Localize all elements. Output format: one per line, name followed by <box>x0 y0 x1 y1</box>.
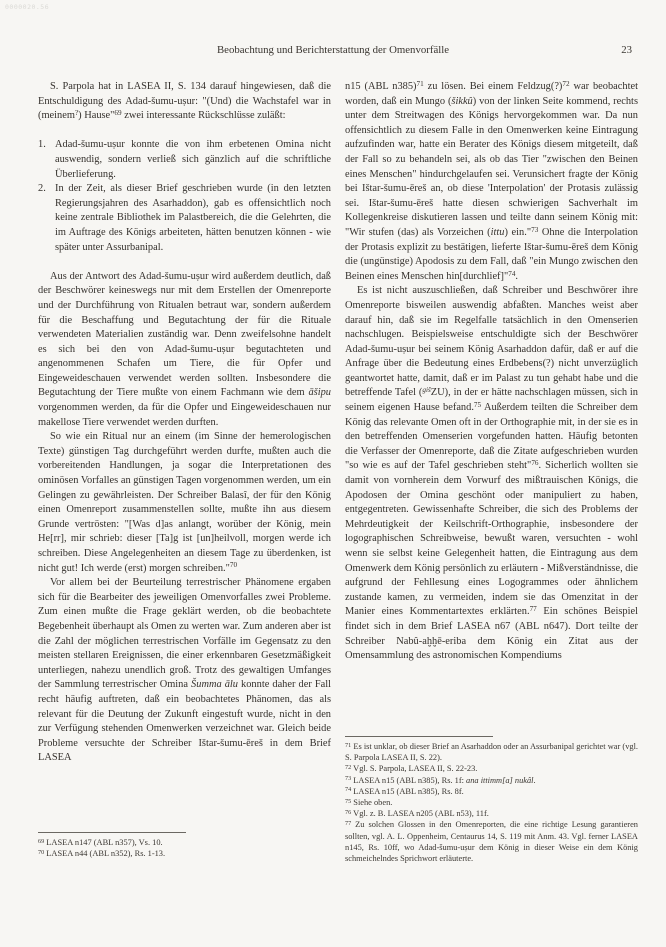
footnote-ref: 74 <box>508 270 515 278</box>
footnote-number: 70 <box>38 849 44 856</box>
text-segment: Vgl. z. B. LASEA n205 (ABL n53), 11f. <box>353 809 489 818</box>
text-segment: Adad-šumu-uṣur konnte die von ihm erbete… <box>55 139 331 179</box>
list-item-text: Adad-šumu-uṣur konnte die von ihm erbete… <box>55 138 331 182</box>
page-number: 23 <box>621 44 632 56</box>
text-segment: konnte daher der Fall recht häufig auftr… <box>38 679 331 763</box>
text-segment: Vor allem bei der Beurteilung terrestris… <box>38 577 331 690</box>
footnote: 72 Vgl. S. Parpola, LASEA II, S. 22-23. <box>345 763 638 774</box>
footnote-number: 75 <box>345 798 351 805</box>
text-segment: Zu solchen Glossen in den Omenreporten, … <box>345 820 638 863</box>
footnote: 77 Zu solchen Glossen in den Omenreporte… <box>345 819 638 864</box>
scan-watermark: 0000020.56 <box>5 3 49 11</box>
text-segment: āšipu <box>308 387 331 398</box>
text-segment: ) von der linken Seite kommend, rechts u… <box>345 96 638 238</box>
list-item: 1.Adad-šumu-uṣur konnte die von ihm erbe… <box>38 138 331 182</box>
paragraph: n15 (ABL n385)71 zu lösen. Bei einem Fel… <box>345 80 638 284</box>
footnote: 74 LASEA n15 (ABL n385), Rs. 8f. <box>345 786 638 797</box>
text-segment: zu lösen. Bei einem Feldzug(?) <box>424 81 563 92</box>
footnote-number: 69 <box>38 838 44 845</box>
right-column: n15 (ABL n385)71 zu lösen. Bei einem Fel… <box>345 80 638 664</box>
footnote: 70 LASEA n44 (ABL n352), Rs. 1-13. <box>38 848 331 859</box>
footnote-ref: 71 <box>417 80 424 88</box>
text-segment: Vgl. S. Parpola, LASEA II, S. 22-23. <box>353 764 477 773</box>
paragraph: Vor allem bei der Beurteilung terrestris… <box>38 576 331 766</box>
footnote: 69 LASEA n147 (ABL n357), Vs. 10. <box>38 837 331 848</box>
footnote-ref: giš <box>422 386 430 394</box>
text-segment: LASEA n44 (ABL n352), Rs. 1-13. <box>46 849 165 858</box>
text-segment: n15 (ABL n385) <box>345 81 417 92</box>
scanned-book-page: 0000020.56 Beobachtung und Berichterstat… <box>0 0 666 947</box>
text-segment: ) ein." <box>504 227 531 238</box>
footnote-ref: 70 <box>230 561 237 569</box>
text-segment: Aus der Antwort des Adad-šumu-uṣur wird … <box>38 271 331 399</box>
text-segment: ana ittimm[a] nukâl <box>466 776 533 785</box>
text-segment: . <box>515 271 518 282</box>
left-footnotes: 69 LASEA n147 (ABL n357), Vs. 10.70 LASE… <box>38 832 331 859</box>
footnote: 75 Siehe oben. <box>345 797 638 808</box>
text-segment: šikkû <box>451 96 472 107</box>
text-segment: . Sicherlich wollten sie damit von vornh… <box>345 460 638 617</box>
footnote: 76 Vgl. z. B. LASEA n205 (ABL n53), 11f. <box>345 808 638 819</box>
text-segment: zwei interessante Rückschlüsse zuläßt: <box>122 110 286 121</box>
footnote-number: 73 <box>345 775 351 782</box>
footnote-number: 71 <box>345 742 351 749</box>
running-header-title: Beobachtung und Berichterstattung der Om… <box>217 44 449 56</box>
left-column: S. Parpola hat in LASEA II, S. 134 darau… <box>38 80 331 766</box>
footnote-separator-rule <box>38 832 186 833</box>
footnote-number: 74 <box>345 786 351 793</box>
footnote-separator-rule <box>345 736 493 737</box>
text-segment: Es ist nicht auszuschließen, daß Schreib… <box>345 285 638 398</box>
list-marker: 2. <box>38 182 55 255</box>
paragraph: Es ist nicht auszuschließen, daß Schreib… <box>345 284 638 663</box>
text-segment: ) Hause" <box>78 110 114 121</box>
text-segment: Šumma ālu <box>191 679 238 690</box>
right-footnotes: 71 Es ist unklar, ob dieser Brief an Asa… <box>345 736 638 864</box>
text-segment: vorgenommen werden, da für die Opfer und… <box>38 402 331 428</box>
text-segment: LASEA n147 (ABL n357), Vs. 10. <box>46 838 162 847</box>
paragraph: S. Parpola hat in LASEA II, S. 134 darau… <box>38 80 331 124</box>
running-header: Beobachtung und Berichterstattung der Om… <box>0 44 666 56</box>
footnote-ref: 69 <box>114 109 121 117</box>
text-segment: LASEA n15 (ABL n385), Rs. 8f. <box>353 787 463 796</box>
text-segment: In der Zeit, als dieser Brief geschriebe… <box>55 183 331 252</box>
footnote-number: 72 <box>345 764 351 771</box>
paragraph: Aus der Antwort des Adad-šumu-uṣur wird … <box>38 270 331 431</box>
footnote-ref: 75 <box>474 401 481 409</box>
footnote-ref: ? <box>75 109 78 117</box>
list-item-text: In der Zeit, als dieser Brief geschriebe… <box>55 182 331 255</box>
list-marker: 1. <box>38 138 55 182</box>
footnote-ref: 77 <box>530 605 537 613</box>
left-footnote-list: 69 LASEA n147 (ABL n357), Vs. 10.70 LASE… <box>38 837 331 859</box>
text-segment: Siehe oben. <box>353 798 392 807</box>
paragraph: So wie ein Ritual nur an einem (im Sinne… <box>38 430 331 576</box>
text-segment: So wie ein Ritual nur an einem (im Sinne… <box>38 431 331 573</box>
footnote-number: 76 <box>345 809 351 816</box>
list-item: 2.In der Zeit, als dieser Brief geschrie… <box>38 182 331 255</box>
text-segment: ittu <box>491 227 505 238</box>
text-segment: Es ist unklar, ob dieser Brief an Asarha… <box>345 742 638 762</box>
right-footnote-list: 71 Es ist unklar, ob dieser Brief an Asa… <box>345 741 638 864</box>
text-segment: . <box>534 776 536 785</box>
footnote: 71 Es ist unklar, ob dieser Brief an Asa… <box>345 741 638 763</box>
footnote-ref: 76 <box>531 459 538 467</box>
footnote-number: 77 <box>345 820 351 827</box>
footnote-ref: 73 <box>531 226 538 234</box>
footnote-ref: 72 <box>562 80 569 88</box>
footnote: 73 LASEA n15 (ABL n385), Rs. 1f: ana itt… <box>345 775 638 786</box>
text-segment: LASEA n15 (ABL n385), Rs. 1f: <box>353 776 466 785</box>
